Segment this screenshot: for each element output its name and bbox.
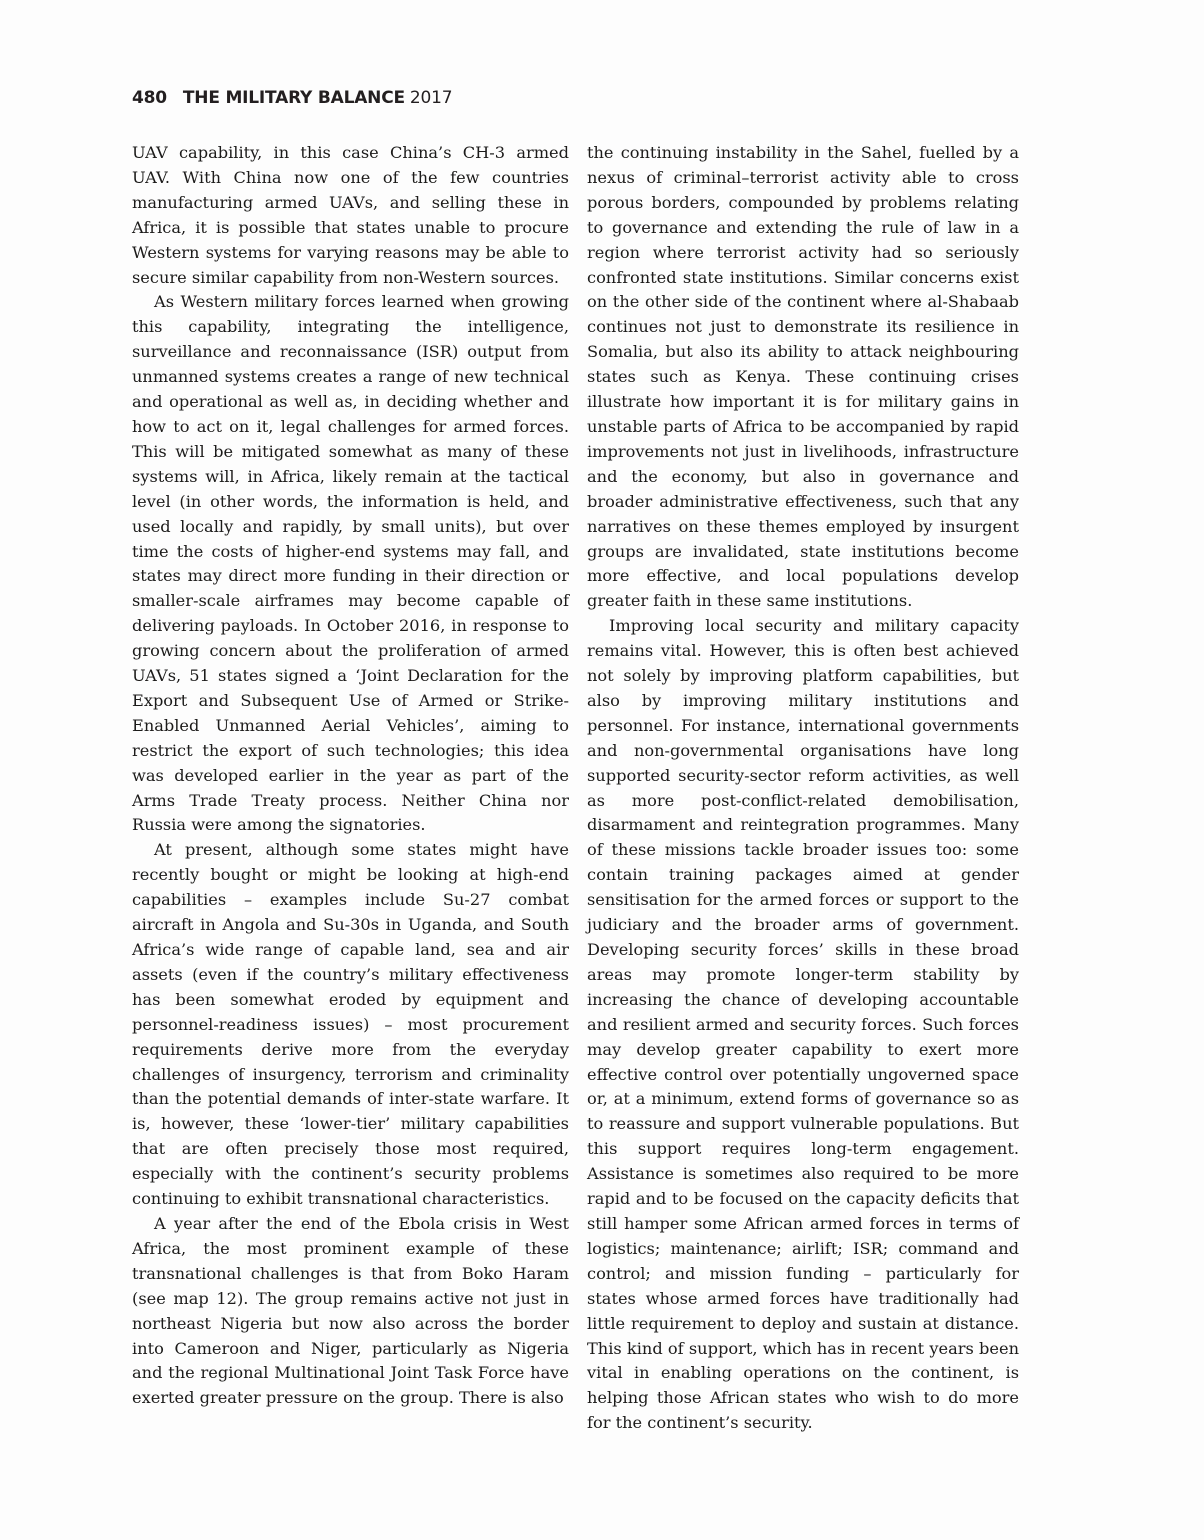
edition-year: 2017 xyxy=(410,88,452,108)
paragraph-ebola-boko-haram: A year after the end of the Ebola crisis… xyxy=(132,1212,569,1411)
page-header: 480THE MILITARY BALANCE2017 xyxy=(132,88,452,108)
paragraph-improving-local-security: Improving local security and military ca… xyxy=(587,614,1019,1436)
book-page: 480THE MILITARY BALANCE2017 UAV capabili… xyxy=(0,0,1204,1540)
left-column: UAV capability, in this case China’s CH-… xyxy=(132,141,569,1436)
book-title: THE MILITARY BALANCE xyxy=(183,88,405,108)
paragraph-western-forces-isr: As Western military forces learned when … xyxy=(132,290,569,838)
right-column: the continuing instability in the Sahel,… xyxy=(587,141,1019,1436)
paragraph-uav-capability: UAV capability, in this case China’s CH-… xyxy=(132,141,569,290)
paragraph-at-present-capabilities: At present, although some states might h… xyxy=(132,838,569,1212)
paragraph-sahel-instability: the continuing instability in the Sahel,… xyxy=(587,141,1019,614)
page-number: 480 xyxy=(132,88,167,108)
page-body: UAV capability, in this case China’s CH-… xyxy=(132,141,1019,1436)
